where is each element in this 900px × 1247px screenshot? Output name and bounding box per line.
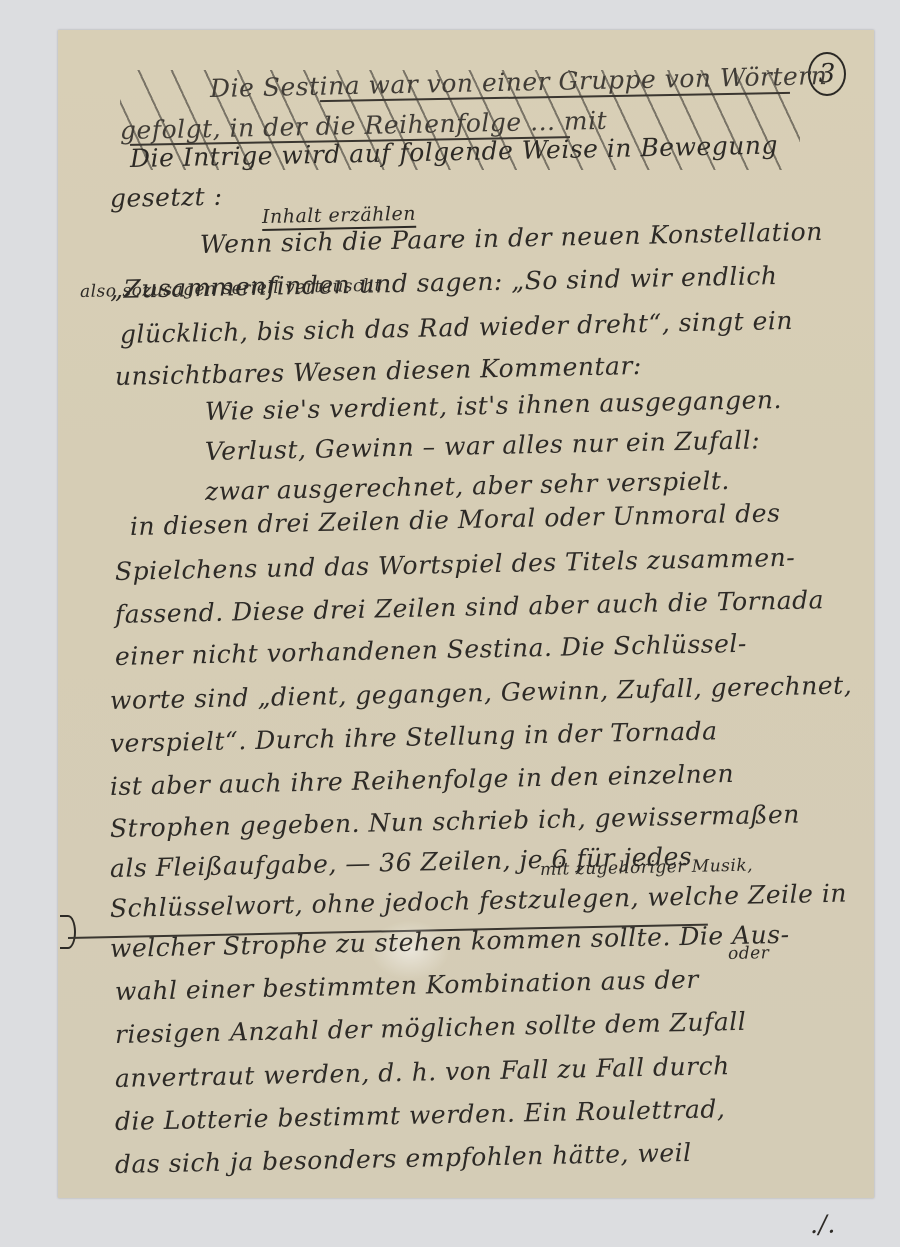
text-line: gesetzt : [110,182,223,213]
margin-bracket [60,915,76,949]
continuation-mark: ./. [810,1209,836,1239]
